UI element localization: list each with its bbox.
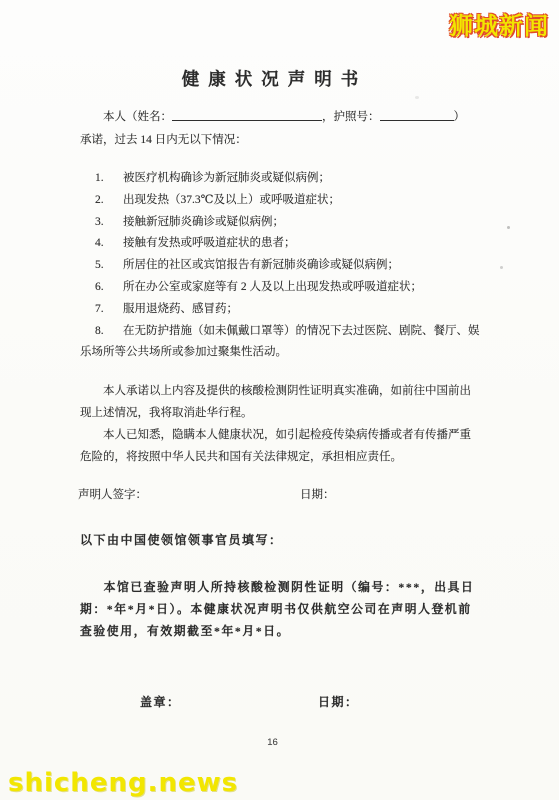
name-label: 本人（姓名： [103,111,172,123]
item-number: 4. [95,233,123,255]
conditions-list: 1.被医疗机构确诊为新冠肺炎或疑似病例； 2.出现发热（37.3℃及以上）或呼吸… [80,168,490,364]
item-number: 8. [95,321,123,343]
declaration-section: 本人承诺以上内容及提供的核酸检测阴性证明真实准确，如前往中国前出现上述情况，我将… [80,381,478,469]
consular-section-heading: 以下由中国使领馆领事官员填写： [80,531,500,548]
list-item: 2.出现发热（37.3℃及以上）或呼吸道症状； [80,190,490,212]
stamp-date-label: 日期： [318,693,359,710]
declaration-paragraph: 本人承诺以上内容及提供的核酸检测阴性证明真实准确，如前往中国前出现上述情况，我将… [80,381,478,425]
page-title: 健康状况声明书 [0,66,540,91]
item-text: 出现发热（37.3℃及以上）或呼吸道症状； [123,194,340,206]
scan-artifact-speck [500,266,503,269]
list-item: 3.接触新冠肺炎确诊或疑似病例； [80,212,490,234]
declarant-signature-label: 声明人签字： [78,489,147,501]
item-number: 7. [95,299,123,321]
signature-row: 声明人签字： 日期： [78,486,498,502]
page-number: 16 [0,737,545,748]
identity-line: 本人（姓名：，护照号：） [80,106,500,129]
consular-verification-paragraph: 本馆已查验声明人所持核酸检测阴性证明（编号：***，出具日期：*年*月*日）。本… [80,577,484,642]
stamp-row: 盖章： 日期： [140,693,460,710]
item-text: 被医疗机构确诊为新冠肺炎或疑似病例； [123,172,330,184]
list-item: 5.所居住的社区或宾馆报告有新冠肺炎确诊或疑似病例； [80,255,490,277]
watermark-site-url: shicheng.news [8,768,238,798]
document-page: 狮城新闻 健康状况声明书 本人（姓名：，护照号：） 承诺，过去 14 日内无以下… [0,0,559,800]
item-text: 接触新冠肺炎确诊或疑似病例； [123,216,284,228]
item-text: 所在办公室或家庭等有 2 人及以上出现发热或呼吸道症状； [123,281,422,293]
close-paren: ） [454,111,466,123]
item-number: 6. [95,277,123,299]
intro-section: 本人（姓名：，护照号：） 承诺，过去 14 日内无以下情况： [80,106,500,152]
list-item: 4.接触有发热或呼吸道症状的患者； [80,233,490,255]
list-item: 1.被医疗机构确诊为新冠肺炎或疑似病例； [80,168,490,190]
signature-date-label: 日期： [300,486,335,502]
scan-artifact-speck [507,226,510,229]
scan-artifact-speck [415,96,419,99]
stamp-label: 盖章： [140,695,181,709]
item-number: 5. [95,255,123,277]
item-text: 服用退烧药、感冒药； [123,303,238,315]
item-text: 在无防护措施（如未佩戴口罩等）的情况下去过医院、剧院、餐厅、娱乐场所等公共场所或… [80,325,480,359]
list-item: 7.服用退烧药、感冒药； [80,299,490,321]
item-number: 3. [95,212,123,234]
name-blank-field [172,109,322,121]
item-text: 所居住的社区或宾馆报告有新冠肺炎确诊或疑似病例； [123,259,399,271]
watermark-site-name-cn: 狮城新闻 [449,6,549,41]
declaration-paragraph: 本人已知悉，隐瞒本人健康状况，如引起检疫传染病传播或者有传播严重危险的，将按照中… [80,425,478,469]
promise-line: 承诺，过去 14 日内无以下情况： [80,129,500,152]
passport-label: ，护照号： [322,111,380,123]
item-number: 2. [95,190,123,212]
item-number: 1. [95,168,123,190]
list-item: 6.所在办公室或家庭等有 2 人及以上出现发热或呼吸道症状； [80,277,490,299]
list-item: 8.在无防护措施（如未佩戴口罩等）的情况下去过医院、剧院、餐厅、娱乐场所等公共场… [80,321,490,365]
passport-blank-field [380,109,454,121]
item-text: 接触有发热或呼吸道症状的患者； [123,237,296,249]
